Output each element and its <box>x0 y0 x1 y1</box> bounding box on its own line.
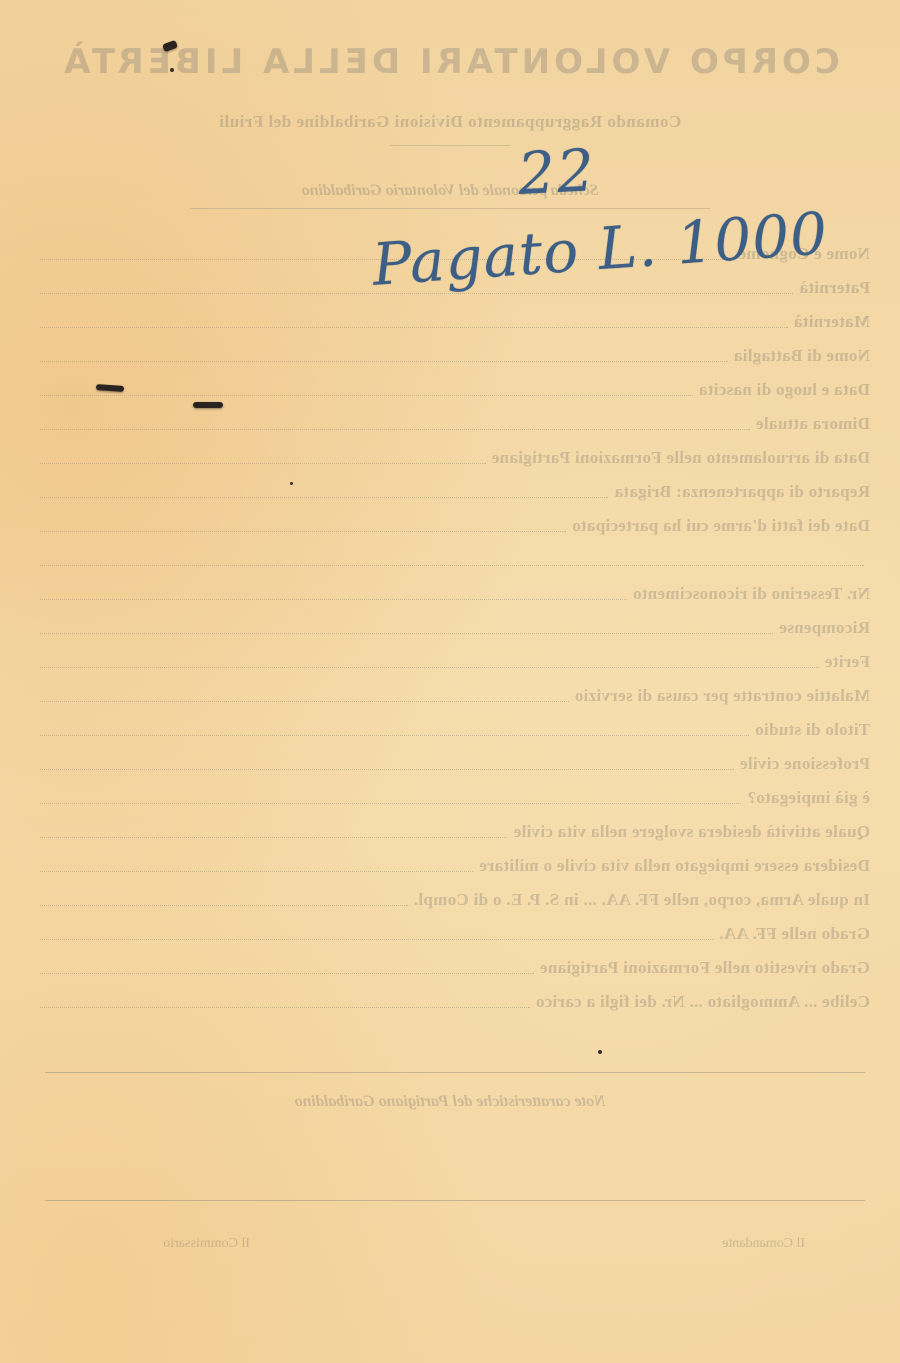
staple-mark <box>193 402 223 408</box>
subtitle-rule <box>390 145 510 146</box>
field-battles-cont <box>40 544 870 570</box>
signature-commander: Il Comandante <box>722 1236 805 1252</box>
field-profession: Professione civile <box>40 748 870 774</box>
field-awards: Ricompense <box>40 612 870 638</box>
field-education: Titolo di studio <box>40 714 870 740</box>
notes-title: Note caratteristiche del Partigiano Gari… <box>190 1093 710 1111</box>
field-partisan-rank: Grado rivestito nelle Formazioni Partigi… <box>40 952 870 978</box>
form-section-title: Scheda personale del Volontario Garibald… <box>205 182 695 200</box>
field-enlistment-date: Data di arruolamento nelle Formazioni Pa… <box>40 442 870 468</box>
form-title: CORPO VOLONTARI DELLA LIBERTÀ <box>60 42 840 82</box>
field-id-card: Nr. Tesserino di riconoscimento <box>40 578 870 604</box>
field-rank-ffaa: Grado nelle FF. AA. <box>40 918 870 944</box>
field-marital-status: Celibe ... Ammogliato ... Nr. dei figli … <box>40 986 870 1012</box>
document-page: CORPO VOLONTARI DELLA LIBERTÀ Comando Ra… <box>0 0 900 1363</box>
ink-speck <box>598 1050 602 1054</box>
ink-speck <box>290 482 293 485</box>
field-employed: è già impiegato? <box>40 782 870 808</box>
field-wounds: Ferite <box>40 646 870 672</box>
notes-bottom-rule <box>45 1200 865 1201</box>
signature-commissar: Il Commissario <box>163 1236 250 1252</box>
ink-speck <box>170 68 174 72</box>
field-maternity: Maternità <box>40 306 870 332</box>
field-unit: Reparto di appartenenza: Brigata <box>40 476 870 502</box>
field-birth: Data e luogo di nascita <box>40 374 870 400</box>
field-residence: Dimora attuale <box>40 408 870 434</box>
field-battle-name: Nome di Battaglia <box>40 340 870 366</box>
handwritten-number: 22 <box>516 136 597 208</box>
field-illnesses: Malattie contratte per causa di servizio <box>40 680 870 706</box>
field-civil-military: Desidera essere impiegato nella vita civ… <box>40 850 870 876</box>
notes-top-rule <box>45 1072 865 1073</box>
field-battles: Date dei fatti d'arme cui ha partecipato <box>40 510 870 536</box>
form-subtitle: Comando Raggruppamento Divisioni Garibal… <box>140 112 760 132</box>
field-arm-corps: In quale Arma, corpo, nelle FF. AA. ... … <box>40 884 870 910</box>
section-rule <box>190 208 710 209</box>
field-desired-activity: Quale attività desidera svolgere nella v… <box>40 816 870 842</box>
